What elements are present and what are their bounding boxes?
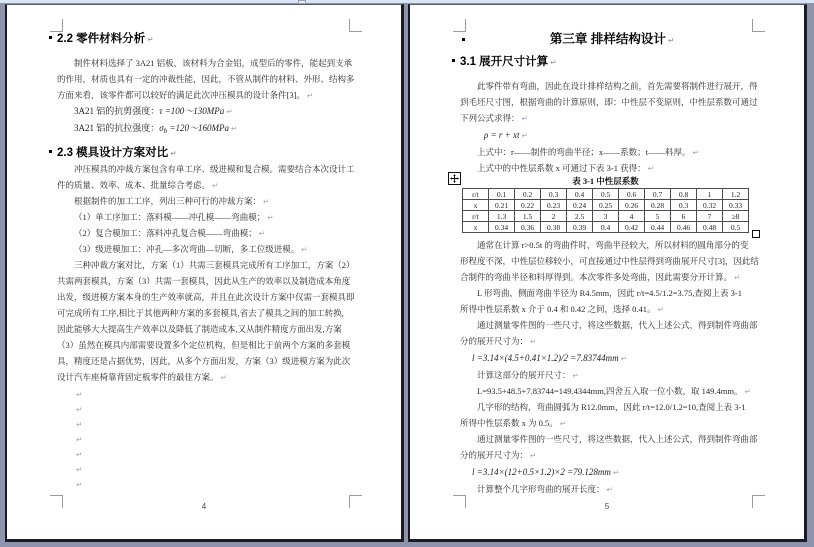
heading-2-3: 2.3 模具设计方案对比↵: [49, 145, 361, 161]
paragraph-scheme-compare: 冲压模具的冲裁方案包含有单工序、级进模和复合模。需要结合本次设计工件的质量、效率…: [57, 161, 361, 193]
text-line: 共需两套模具，方案（3）共需一套模具，因此从生产的效率以及制造成本角度: [57, 273, 361, 289]
paragraph-mark: ↵: [613, 468, 619, 477]
paragraph-mark: ↵: [76, 390, 82, 399]
paragraph-mark: ↵: [550, 58, 556, 67]
table-cell[interactable]: 0.33: [723, 200, 749, 211]
text-line: （2）复合模加工：落料冲孔复合模——弯曲模；↵: [57, 225, 361, 241]
table-cell[interactable]: 0.48: [697, 222, 723, 233]
text-line: 冲压模具的冲裁方案包含有单工序、级进模和复合模。需要结合本次设计工: [57, 161, 361, 177]
text-line: 因此能够大大提高生产效率以及降低了制造成本,又从制件精度方面出发,方案: [57, 321, 361, 337]
neutral-coefficient-table-block: 表 3-1 中性层系数 r/t0.10.20.30.40.50.60.70.81…: [462, 176, 749, 233]
empty-paragraph: ↵: [57, 445, 361, 460]
empty-paragraph: ↵: [57, 400, 361, 415]
table-row: x0.340.360.380.390.40.420.440.460.480.5: [463, 222, 749, 233]
text-line: 上式中的中性层系数 x 可通过下表 3-1 获得：↵: [460, 160, 764, 176]
text-line: 通常在计算 r>0.5t 的弯曲件时，弯曲半径较大，所以材料的圆角部分的变: [460, 237, 764, 253]
formula-label: 3A21 铝的抗剪强度：: [74, 106, 159, 116]
heading-2-2: 2.2 零件材料分析↵: [49, 31, 361, 47]
text-line: 设计汽车座椅靠背固定板零件的最佳方案。↵: [57, 369, 361, 385]
paragraph-mark: ↵: [307, 91, 313, 100]
formula-value: =100～130MPa: [162, 106, 224, 116]
heading-outline-mark: [452, 59, 455, 62]
paragraph-mark: ↵: [263, 197, 269, 206]
text-line: 出发，级进模方案本身的生产效率就高，并且在此次设计方案中仅需一套模具即: [57, 289, 361, 305]
paragraph-mark: ↵: [573, 371, 579, 380]
table-caption: 表 3-1 中性层系数: [462, 176, 749, 186]
table-cell[interactable]: 0.3: [541, 189, 567, 200]
paragraph-mark: ↵: [76, 480, 82, 489]
document-page-right[interactable]: 第三章 排样结构设计↵ 3.1 展开尺寸计算↵ 此零件带有弯曲，因此在设计排样结…: [408, 4, 807, 542]
text-line: （1）单工序加工：落料模——冲孔模——弯曲模；↵: [57, 209, 361, 225]
formula-label: 3A21 铝的抗拉强度：: [74, 123, 159, 133]
page-right-content: 第三章 排样结构设计↵ 3.1 展开尺寸计算↵ 此零件带有弯曲，因此在设计排样结…: [410, 5, 804, 497]
paragraph-mark: ↵: [668, 36, 674, 45]
paragraph-mark: ↵: [76, 405, 82, 414]
table-cell[interactable]: 0.25: [593, 200, 619, 211]
paragraph-mark: ↵: [744, 387, 750, 396]
table-cell[interactable]: 2: [541, 211, 567, 222]
table-cell[interactable]: 1.5: [515, 211, 541, 222]
text-line: L=93.5+48.5+7.83744=149.4344mm,四舍五入取一位小数…: [460, 383, 764, 399]
text-line: 方面来看，该零件都可以较好的满足此次冲压模具的设计条件[3]。↵: [57, 87, 361, 103]
table-cell[interactable]: 0.2: [515, 189, 541, 200]
paragraph-measure-1: 通过测量零件图的一些尺寸，将这些数据，代入上述公式，得到制件弯曲部分的展开尺寸为…: [460, 317, 764, 349]
formula-text: l =3.14×(12+0.5×1.2)×2 =79.128mm: [472, 467, 611, 477]
heading-outline-mark: [49, 150, 52, 153]
text-line: 通过测量零件图的一些尺寸，将这些数据，代入上述公式，得到制件弯曲部: [460, 431, 764, 447]
paragraph-mark: ↵: [76, 420, 82, 429]
text-line: 下列公式求得：↵: [460, 110, 764, 126]
formula-value: =120～160MPa: [167, 123, 229, 133]
paragraph-mark: ↵: [301, 245, 307, 254]
text-line: 所得中性层系数 x 为 0.5。↵: [460, 415, 764, 431]
window-top-strip: [0, 0, 814, 3]
paragraph-formula-symbols: 上式中：r——制件的弯曲半径；x——系数；t——料厚。↵: [460, 144, 764, 160]
table-cell[interactable]: 0.23: [541, 200, 567, 211]
text-line: 的作用，材质也具有一定的冲裁性能，因此，不管从制件的材料、外形、结构多: [57, 71, 361, 87]
table-cell[interactable]: 5: [645, 211, 671, 222]
table-cell[interactable]: 0.38: [541, 222, 567, 233]
formula-tensile-strength: 3A21 铝的抗拉强度：σb =120～160MPa↵: [57, 120, 361, 137]
page-number: 5: [410, 502, 804, 511]
table-cell[interactable]: 0.7: [645, 189, 671, 200]
chapter-heading: 第三章 排样结构设计↵: [460, 31, 764, 47]
table-cell[interactable]: x: [463, 222, 489, 233]
paragraph-mark: ↵: [76, 465, 82, 474]
paragraph-mark: ↵: [530, 451, 536, 460]
move-arrows-icon: [450, 174, 459, 183]
table-cell[interactable]: 0.28: [645, 200, 671, 211]
paragraph-mark: ↵: [560, 419, 566, 428]
paragraph-mark: ↵: [231, 124, 237, 133]
text-line: 制件材料选择了 3A21 铝板，该材料为合金铝，成型后的零件，能起到支承: [57, 55, 361, 71]
paragraph-mark: ↵: [607, 485, 613, 494]
table-cell[interactable]: 0.46: [671, 222, 697, 233]
table-cell[interactable]: x: [463, 200, 489, 211]
heading-outline-mark: [462, 38, 465, 41]
paragraph-mark: ↵: [170, 149, 176, 158]
table-cell[interactable]: 0.22: [515, 200, 541, 211]
paragraph-mark: ↵: [658, 305, 664, 314]
heading-2-3-text: 2.3 模具设计方案对比: [57, 147, 168, 159]
text-line: 三种冲裁方案对比，方案（1）共需三套模具完成所有工序加工，方案（2）: [57, 257, 361, 273]
empty-paragraph: ↵: [57, 385, 361, 400]
paragraph-table-ref: 上式中的中性层系数 x 可通过下表 3-1 获得：↵: [460, 160, 764, 176]
text-line: L 形弯曲，侧面弯曲半径为 R4.5mm，因此 r/t=4.5/1.2=3.75…: [460, 285, 764, 301]
text-line: 计算整个几字形弯曲的展开长度：↵: [460, 481, 764, 497]
scheme-option-list: （1）单工序加工：落料模——冲孔模——弯曲模；↵（2）复合模加工：落料冲孔复合模…: [57, 209, 361, 257]
heading-3-1: 3.1 展开尺寸计算↵: [452, 54, 764, 70]
text-line: （3）虽然在模具内部需要设置多个定位机构，但是相比于前两个方案的多套模: [57, 337, 361, 353]
table-cell[interactable]: 0.5: [723, 222, 749, 233]
table-cell[interactable]: 0.34: [489, 222, 515, 233]
formula-neutral-layer: ρ = r + xt↵: [460, 126, 764, 144]
neutral-coefficient-table: r/t0.10.20.30.40.50.60.70.811.2x0.210.22…: [462, 188, 749, 233]
paragraph-scheme-list-intro: 根据制件的加工工序，列出三种可行的冲裁方案：↵: [57, 193, 361, 209]
paragraph-mark: ↵: [221, 373, 227, 382]
paragraph-mark: ↵: [621, 354, 627, 363]
table-move-handle[interactable]: [448, 172, 461, 185]
formula-shear-strength: 3A21 铝的抗剪强度：τ =100～130MPa↵: [57, 103, 361, 120]
table-cell[interactable]: 0.6: [619, 189, 645, 200]
empty-paragraph: ↵: [57, 430, 361, 445]
heading-3-1-text: 3.1 展开尺寸计算: [460, 56, 548, 68]
table-cell[interactable]: 2.5: [567, 211, 593, 222]
paragraph-mark: ↵: [530, 337, 536, 346]
table-cell[interactable]: 0.1: [489, 189, 515, 200]
paragraph-mark: ↵: [692, 148, 698, 157]
paragraph-usual-calc: 通常在计算 r>0.5t 的弯曲件时，弯曲半径较大，所以材料的圆角部分的变形程度…: [460, 237, 764, 285]
table-cell[interactable]: 3: [593, 211, 619, 222]
text-line: 形程度不深，中性层位移较小，可直接通过中性层得到弯曲展开尺寸[3]，因此结: [460, 253, 764, 269]
text-line: 根据制件的加工工序，列出三种可行的冲裁方案：↵: [57, 193, 361, 209]
paragraph-mark: ↵: [76, 450, 82, 459]
table-cell[interactable]: r/t: [463, 189, 489, 200]
table-cell[interactable]: 0.44: [645, 222, 671, 233]
heading-outline-mark: [49, 36, 52, 39]
table-cell[interactable]: 0.42: [619, 222, 645, 233]
text-line: 计算这部分的展开尺寸：↵: [460, 367, 764, 383]
formula-text: ρ = r + xt: [484, 130, 519, 140]
text-line: 所得中性层系数 x 介于 0.4 和 0.42 之间，选择 0.41。↵: [460, 301, 764, 317]
heading-2-2-text: 2.2 零件材料分析: [57, 33, 145, 45]
table-cell[interactable]: 0.36: [515, 222, 541, 233]
text-line: 通过测量零件图的一些尺寸，将这些数据，代入上述公式，得到制件弯曲部: [460, 317, 764, 333]
text-line: 具，精度还是占据优势，因此，从多个方面出发，方案（3）级进模方案为此次: [57, 353, 361, 369]
empty-paragraph-marks: ↵↵↵↵↵↵↵: [57, 385, 361, 490]
text-line: 上式中：r——制件的弯曲半径；x——系数；t——料厚。↵: [460, 144, 764, 160]
text-line: 件的质量、效率、成本、批量综合考虑。↵: [57, 177, 361, 193]
document-canvas: { "app": { "background_color": "#8d94ab"…: [0, 0, 814, 547]
empty-paragraph: ↵: [57, 415, 361, 430]
table-cell[interactable]: ≥8: [723, 211, 749, 222]
text-line: 几字形的结构，弯曲圆弧为 R12.0mm，因此 r/t=12.0/1.2=10,…: [460, 399, 764, 415]
text-line: 此零件带有弯曲，因此在设计排样结构之前，首先需要将制件进行展开，得: [460, 78, 764, 94]
paragraph-mark: ↵: [267, 213, 273, 222]
table-cell[interactable]: r/t: [463, 211, 489, 222]
empty-paragraph: ↵: [57, 475, 361, 490]
paragraph-mark: ↵: [521, 131, 527, 140]
chapter-heading-text: 第三章 排样结构设计: [550, 32, 666, 46]
table-cell[interactable]: 0.5: [593, 189, 619, 200]
table-row: x0.210.220.230.240.250.260.280.30.320.33: [463, 200, 749, 211]
paragraph-ji-shape: 几字形的结构，弯曲圆弧为 R12.0mm，因此 r/t=12.0/1.2=10,…: [460, 399, 764, 431]
text-line: 到毛坯尺寸图，根据弯曲的计算原则，即：中性层不变原则，中性层系数可通过: [460, 94, 764, 110]
formula-text: l =3.14×(4.5+0.41×1.2)/2 =7.83744mm: [472, 353, 619, 363]
paragraph-l-total: L=93.5+48.5+7.83744=149.4344mm,四舍五入取一位小数…: [460, 383, 764, 399]
formula-unfold-length-1: l =3.14×(4.5+0.41×1.2)/2 =7.83744mm↵: [460, 349, 764, 367]
paragraph-measure-2: 通过测量零件图的一些尺寸，将这些数据，代入上述公式，得到制件弯曲部分的展开尺寸为…: [460, 431, 764, 463]
table-cell[interactable]: 1.2: [723, 189, 749, 200]
table-cell[interactable]: 6: [671, 211, 697, 222]
paragraph-unfold-intro: 此零件带有弯曲，因此在设计排样结构之前，首先需要将制件进行展开，得到毛坯尺寸图，…: [460, 78, 764, 126]
text-line: （3）级进模加工：冲孔—多次弯曲—切断，多工位级进模。↵: [57, 241, 361, 257]
paragraph-total-length: 计算整个几字形弯曲的展开长度：↵: [460, 481, 764, 497]
table-row: r/t0.10.20.30.40.50.60.70.811.2: [463, 189, 749, 200]
table-cell[interactable]: 0.4: [593, 222, 619, 233]
paragraph-l-bend: L 形弯曲，侧面弯曲半径为 R4.5mm，因此 r/t=4.5/1.2=3.75…: [460, 285, 764, 317]
document-page-left[interactable]: 2.2 零件材料分析↵ 制件材料选择了 3A21 铝板，该材料为合金铝，成型后的…: [5, 4, 404, 542]
text-line: 可完成所有工序,相比于其他两种方案的多套模具,省去了模具之间的加工转换,: [57, 305, 361, 321]
table-cell[interactable]: 1: [697, 189, 723, 200]
paragraph-scheme-analysis: 三种冲裁方案对比，方案（1）共需三套模具完成所有工序加工，方案（2）共需两套模具…: [57, 257, 361, 385]
page-left-content: 2.2 零件材料分析↵ 制件材料选择了 3A21 铝板，该材料为合金铝，成型后的…: [7, 5, 401, 490]
table-cell[interactable]: 4: [619, 211, 645, 222]
paragraph-mark: ↵: [522, 114, 528, 123]
paragraph-mark: ↵: [259, 229, 265, 238]
table-row: r/t1.31.522.534567≥8: [463, 211, 749, 222]
empty-paragraph: ↵: [57, 460, 361, 475]
table-cell[interactable]: 0.24: [567, 200, 593, 211]
paragraph-mark: ↵: [226, 107, 232, 116]
formula-unfold-length-2: l =3.14×(12+0.5×1.2)×2 =79.128mm↵: [460, 463, 764, 481]
table-cell[interactable]: 0.4: [567, 189, 593, 200]
table-cell[interactable]: 0.3: [671, 200, 697, 211]
paragraph-mark: ↵: [147, 35, 153, 44]
table-cell[interactable]: 0.32: [697, 200, 723, 211]
paragraph-mark: ↵: [212, 181, 218, 190]
table-cell[interactable]: 0.39: [567, 222, 593, 233]
table-cell[interactable]: 0.21: [489, 200, 515, 211]
paragraph-mark: ↵: [648, 164, 654, 173]
text-line: 分的展开尺寸为：↵: [460, 447, 764, 463]
table-cell[interactable]: 0.26: [619, 200, 645, 211]
table-cell[interactable]: 0.8: [671, 189, 697, 200]
text-line: 分的展开尺寸为：↵: [460, 333, 764, 349]
text-line: 合制件的弯曲半径和料厚得到。本次零件多处弯曲，因此需要分开计算。↵: [460, 269, 764, 285]
table-resize-handle[interactable]: [752, 230, 760, 238]
page-number: 4: [7, 502, 401, 511]
paragraph-mark: ↵: [734, 273, 740, 282]
table-cell[interactable]: 1.3: [489, 211, 515, 222]
paragraph-mark: ↵: [76, 435, 82, 444]
paragraph-material-analysis: 制件材料选择了 3A21 铝板，该材料为合金铝，成型后的零件，能起到支承的作用，…: [57, 55, 361, 103]
table-cell[interactable]: 7: [697, 211, 723, 222]
paragraph-calc-part: 计算这部分的展开尺寸：↵: [460, 367, 764, 383]
